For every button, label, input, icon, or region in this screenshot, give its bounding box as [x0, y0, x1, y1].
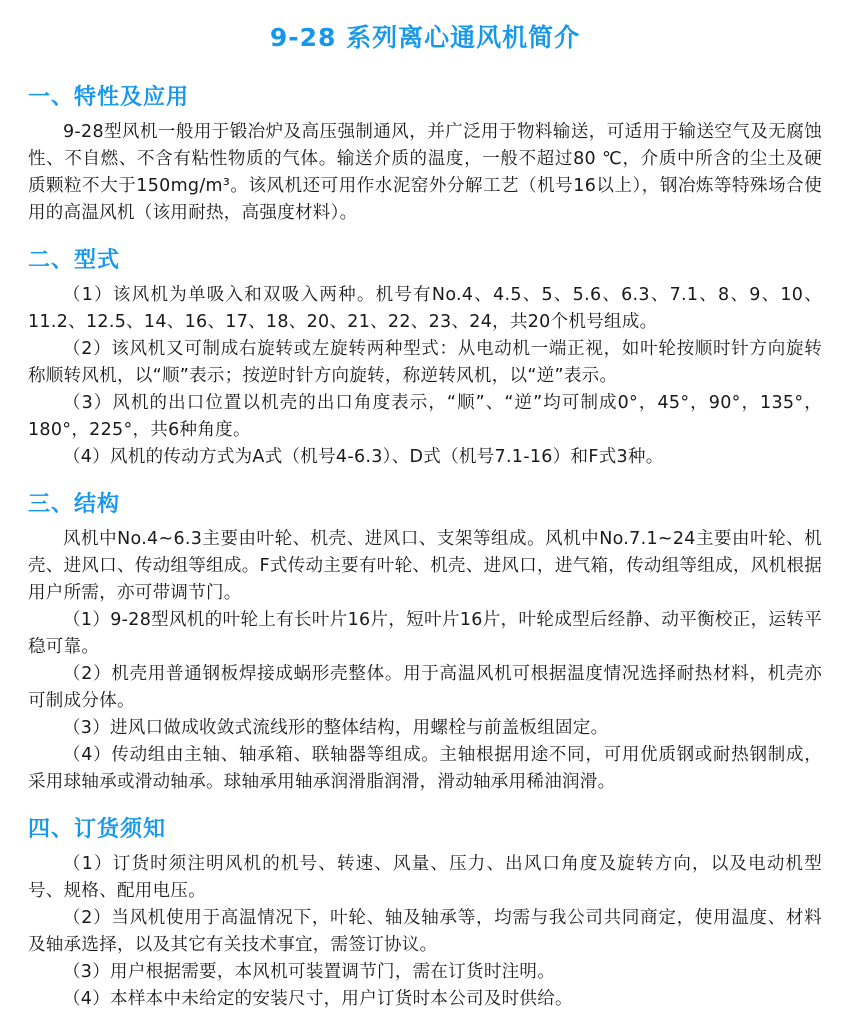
paragraph: （1）该风机为单吸入和双吸入两种。机号有No.4、4.5、5、5.6、6.3、7… [28, 282, 822, 336]
paragraph: （4）本样本中未给定的安装尺寸，用户订货时本公司及时供给。 [28, 986, 822, 1011]
document-title: 9-28 系列离心通风机简介 [28, 18, 822, 54]
paragraph: （3）用户根据需要，本风机可装置调节门，需在订货时注明。 [28, 959, 822, 986]
section-features: 一、特性及应用 9-28型风机一般用于锻冶炉及高压强制通风，并广泛用于物料输送，… [28, 80, 822, 227]
paragraph: （2）机壳用普通钢板焊接成蜗形壳整体。用于高温风机可根据温度情况选择耐热材料，机… [28, 661, 822, 715]
section-heading-ordering-notes: 四、订货须知 [28, 812, 822, 843]
paragraph: （3）风机的出口位置以机壳的出口角度表示，“顺”、“逆”均可制成0°，45°，9… [28, 390, 822, 444]
paragraph: （3）进风口做成收敛式流线形的整体结构，用螺栓与前盖板组固定。 [28, 715, 822, 742]
paragraph: 风机中No.4~6.3主要由叶轮、机壳、进风口、支架等组成。风机中No.7.1~… [28, 526, 822, 607]
section-heading-features: 一、特性及应用 [28, 80, 822, 111]
section-heading-structure: 三、结构 [28, 487, 822, 518]
section-structure: 三、结构 风机中No.4~6.3主要由叶轮、机壳、进风口、支架等组成。风机中No… [28, 487, 822, 796]
paragraph: （4）传动组由主轴、轴承箱、联轴器等组成。主轴根据用途不同，可用优质钢或耐热钢制… [28, 742, 822, 796]
paragraph: （1）9-28型风机的叶轮上有长叶片16片，短叶片16片，叶轮成型后经静、动平衡… [28, 607, 822, 661]
paragraph: （4）风机的传动方式为A式（机号4-6.3）、D式（机号7.1-16）和F式3种… [28, 444, 822, 471]
paragraph: （2）该风机又可制成右旋转或左旋转两种型式：从电动机一端正视，如叶轮按顺时针方向… [28, 336, 822, 390]
paragraph: （1）订货时须注明风机的机号、转速、风量、压力、出风口角度及旋转方向，以及电动机… [28, 851, 822, 905]
paragraph: 9-28型风机一般用于锻冶炉及高压强制通风，并广泛用于物料输送，可适用于输送空气… [28, 119, 822, 227]
paragraph: （2）当风机使用于高温情况下，叶轮、轴及轴承等，均需与我公司共同商定，使用温度、… [28, 905, 822, 959]
section-ordering-notes: 四、订货须知 （1）订货时须注明风机的机号、转速、风量、压力、出风口角度及旋转方… [28, 812, 822, 1011]
section-heading-types: 二、型式 [28, 243, 822, 274]
document-page: 9-28 系列离心通风机简介 一、特性及应用 9-28型风机一般用于锻冶炉及高压… [0, 0, 850, 1011]
section-types: 二、型式 （1）该风机为单吸入和双吸入两种。机号有No.4、4.5、5、5.6、… [28, 243, 822, 471]
